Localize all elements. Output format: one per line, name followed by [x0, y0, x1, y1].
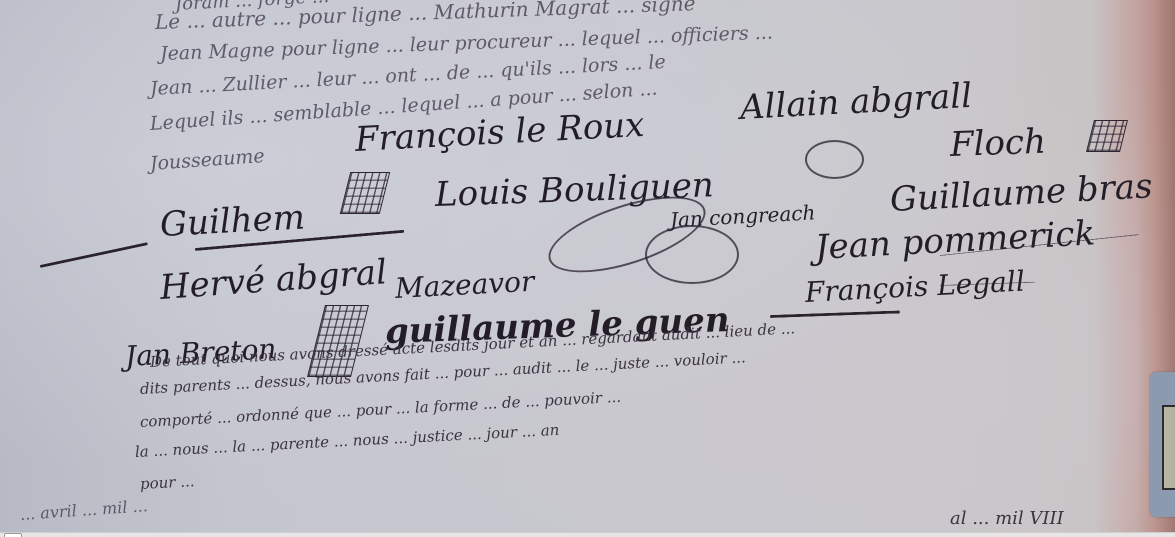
signature: Floch	[949, 122, 1046, 165]
text-line: pour ...	[140, 472, 195, 493]
signature-flourish	[805, 140, 864, 179]
signature-flourish	[645, 225, 739, 284]
signature: François Legall	[804, 265, 1025, 309]
signature: Hervé abgral	[159, 252, 389, 308]
navigator-panel[interactable]	[1150, 372, 1175, 517]
signature: Guilhem	[159, 197, 306, 245]
horizontal-scrollbar[interactable]	[0, 532, 1175, 537]
signature-underline	[40, 242, 148, 268]
signature: Jean pommerick	[814, 213, 1096, 268]
signature: Guillaume bras	[889, 166, 1153, 220]
signature: Mazeavor	[394, 265, 535, 305]
signature-mark	[1086, 120, 1128, 152]
document-scan[interactable]: Joram ... forge ... Le ... autre ... pou…	[0, 0, 1175, 532]
image-viewer[interactable]: Joram ... forge ... Le ... autre ... pou…	[0, 0, 1175, 537]
signature-mark	[340, 172, 390, 214]
scrollbar-corner-box[interactable]	[4, 533, 22, 537]
signature-underline	[770, 310, 900, 318]
navigator-viewport-handle[interactable]	[1162, 405, 1175, 490]
date-fragment: al ... mil VIII	[950, 508, 1064, 529]
text-line: ... avril ... mil ...	[19, 496, 148, 524]
signature: Allain abgrall	[739, 76, 973, 128]
text-line: Jousseaume	[149, 145, 265, 175]
